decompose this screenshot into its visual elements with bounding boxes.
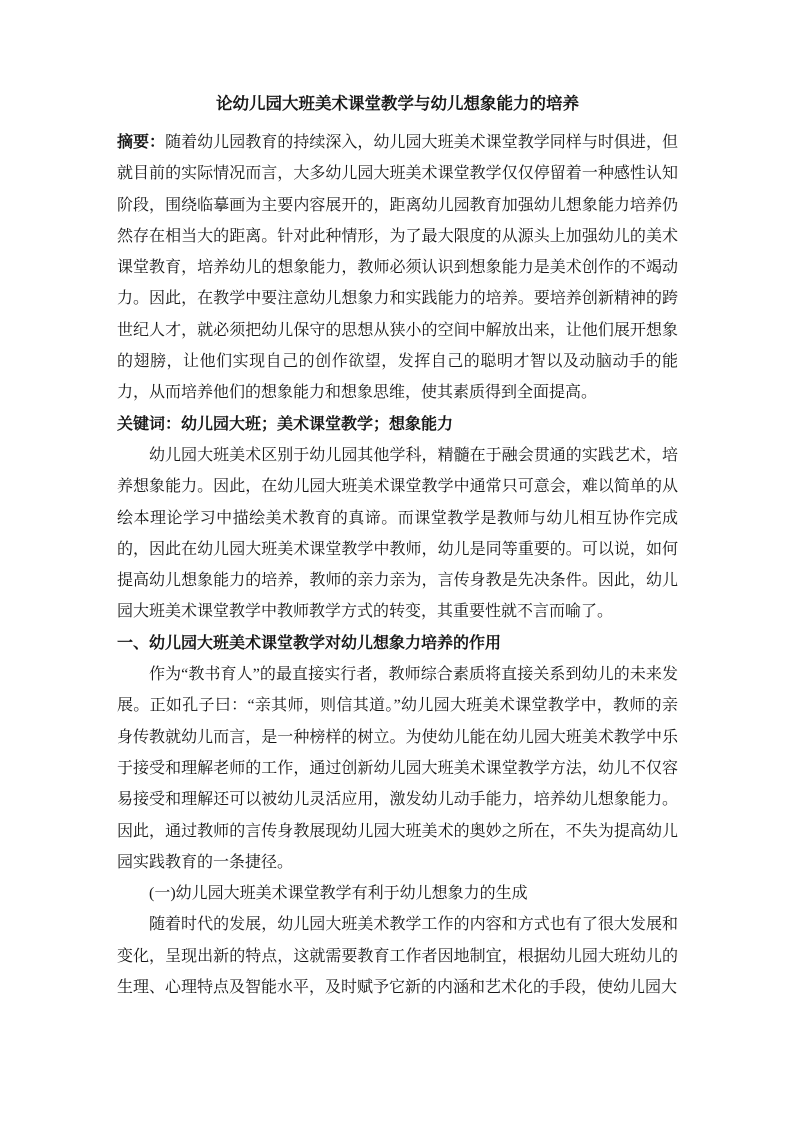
- abstract-text: 随着幼儿园教育的持续深入，幼儿园大班美术课堂教学同样与时俱进，但就目前的实际情况…: [117, 134, 678, 401]
- abstract-paragraph: 摘要：随着幼儿园教育的持续深入，幼儿园大班美术课堂教学同样与时俱进，但就目前的实…: [117, 127, 678, 409]
- document-page: 论幼儿园大班美术课堂教学与幼儿想象能力的培养 摘要：随着幼儿园教育的持续深入，幼…: [0, 0, 793, 1122]
- intro-paragraph: 幼儿园大班美术区别于幼儿园其他学科，精髓在于融会贯通的实践艺术，培养想象能力。因…: [117, 440, 678, 628]
- abstract-label: 摘要：: [117, 134, 165, 151]
- subsection-heading-1-1: (一)幼儿园大班美术课堂教学有利于幼儿想象力的生成: [117, 878, 678, 909]
- document-title: 论幼儿园大班美术课堂教学与幼儿想象能力的培养: [117, 88, 678, 119]
- section-1-paragraph: 作为“教书育人”的最直接实行者，教师综合素质将直接关系到幼儿的未来发展。正如孔子…: [117, 659, 678, 878]
- subsection-1-1-paragraph: 随着时代的发展，幼儿园大班美术教学工作的内容和方式也有了很大发展和变化，呈现出新…: [117, 909, 678, 1003]
- section-heading-1: 一、幼儿园大班美术课堂教学对幼儿想象力培养的作用: [117, 628, 678, 659]
- keywords-line: 关键词：幼儿园大班；美术课堂教学；想象能力: [117, 409, 678, 440]
- document-content: 论幼儿园大班美术课堂教学与幼儿想象能力的培养 摘要：随着幼儿园教育的持续深入，幼…: [117, 88, 678, 1003]
